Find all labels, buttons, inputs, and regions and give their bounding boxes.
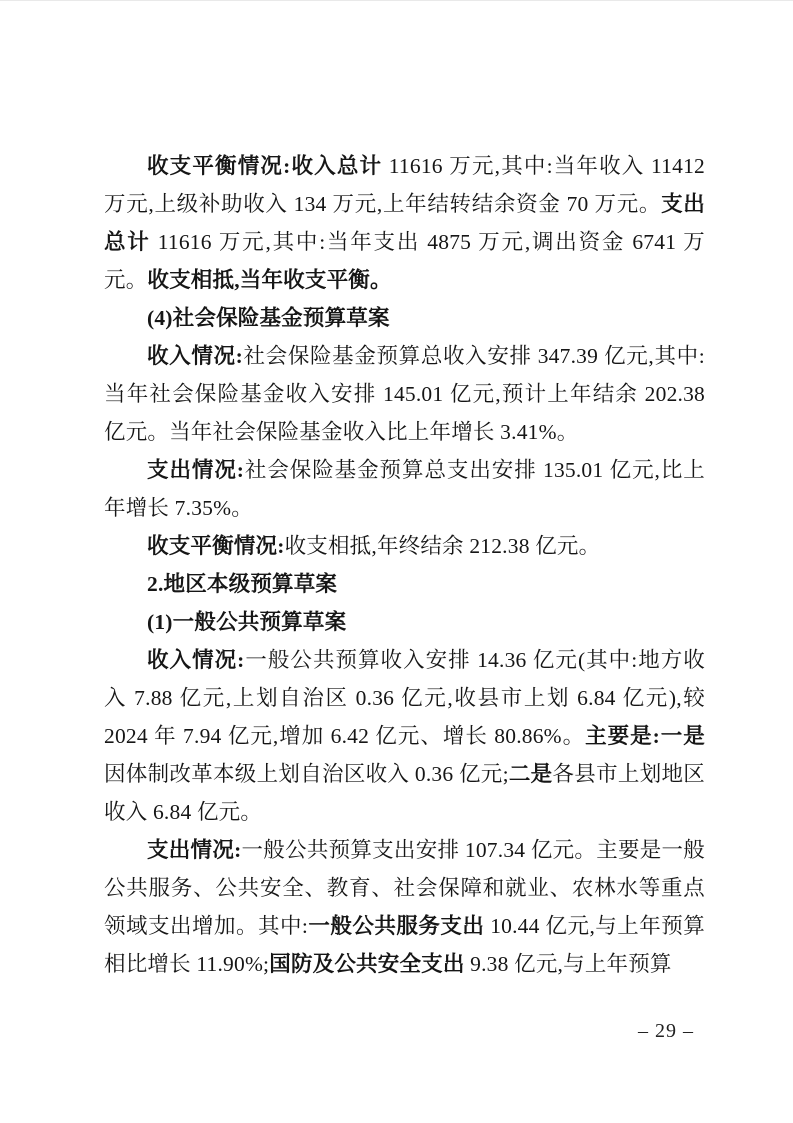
body-paragraph: 收入情况:社会保险基金预算总收入安排 347.39 亿元,其中:当年社会保险基金… (104, 337, 705, 451)
body-paragraph: 收支平衡情况:收入总计 11616 万元,其中:当年收入 11412 万元,上级… (104, 147, 705, 299)
bold-text-run: 收支平衡情况: (147, 534, 285, 558)
document-body: 收支平衡情况:收入总计 11616 万元,其中:当年收入 11412 万元,上级… (104, 147, 705, 983)
bold-text-run: 收入情况: (147, 344, 243, 368)
text-run: 收支相抵,年终结余 212.38 亿元。 (285, 534, 601, 558)
bold-text-run: 主要是:一是 (585, 724, 705, 748)
text-run: 因体制改革本级上划自治区收入 0.36 亿元; (104, 762, 509, 786)
bold-text-run: 一般公共服务支出 (308, 914, 484, 938)
section-heading: (1)一般公共预算草案 (104, 603, 705, 641)
section-heading: (4)社会保险基金预算草案 (104, 299, 705, 337)
section-heading: 2.地区本级预算草案 (104, 565, 705, 603)
body-paragraph: 支出情况:一般公共预算支出安排 107.34 亿元。主要是一般公共服务、公共安全… (104, 831, 705, 983)
bold-text-run: 收支相抵,当年收支平衡。 (147, 268, 391, 292)
bold-text-run: 收入情况: (147, 648, 245, 672)
bold-text-run: 二是 (509, 762, 553, 786)
bold-text-run: 2.地区本级预算草案 (147, 572, 337, 596)
bold-text-run: 支出情况: (147, 838, 241, 862)
bold-text-run: (4)社会保险基金预算草案 (147, 306, 390, 330)
bold-text-run: (1)一般公共预算草案 (147, 610, 346, 634)
bold-text-run: 支出情况: (147, 458, 244, 482)
bold-text-run: 国防及公共安全支出 (269, 952, 464, 976)
text-run: 9.38 亿元,与上年预算 (465, 952, 672, 976)
document-page: 收支平衡情况:收入总计 11616 万元,其中:当年收入 11412 万元,上级… (0, 1, 793, 1123)
body-paragraph: 收入情况:一般公共预算收入安排 14.36 亿元(其中:地方收入 7.88 亿元… (104, 641, 705, 831)
body-paragraph: 收支平衡情况:收支相抵,年终结余 212.38 亿元。 (104, 527, 705, 565)
page-number: – 29 – (638, 1017, 694, 1045)
bold-text-run: 收支平衡情况:收入总计 (147, 154, 382, 178)
body-paragraph: 支出情况:社会保险基金预算总支出安排 135.01 亿元,比上年增长 7.35%… (104, 451, 705, 527)
